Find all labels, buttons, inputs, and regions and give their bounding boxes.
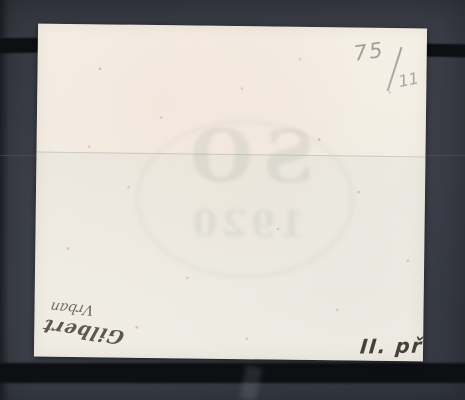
- stockbook-strip-top-right: [426, 44, 465, 58]
- showthrough-year: 1920: [131, 205, 361, 244]
- expert-signature-vrban: Vrban: [49, 298, 96, 317]
- pencil-catalog-number: 75 11: [345, 35, 426, 116]
- stamp-reverse: SO 1920 75 11 Vrban Gilbert II. př: [34, 24, 427, 362]
- page-edge-shadow: [0, 0, 9, 400]
- overprint-showthrough: SO 1920: [131, 117, 363, 290]
- paper-tone-band: [36, 152, 425, 158]
- stockbook-strip-top-left: [0, 38, 38, 54]
- paper-speckles: [38, 24, 39, 25]
- catalog-denominator: 11: [397, 68, 421, 91]
- catalog-numerator: 75: [352, 38, 386, 66]
- showthrough-oval: [135, 119, 355, 280]
- stockbook-strip-bottom: [0, 363, 465, 383]
- expert-signature-gilbert: Gilbert: [39, 314, 127, 348]
- pencil-note-bottom-right: II. př: [359, 334, 424, 359]
- photo-scene: SO 1920 75 11 Vrban Gilbert II. př: [0, 0, 465, 400]
